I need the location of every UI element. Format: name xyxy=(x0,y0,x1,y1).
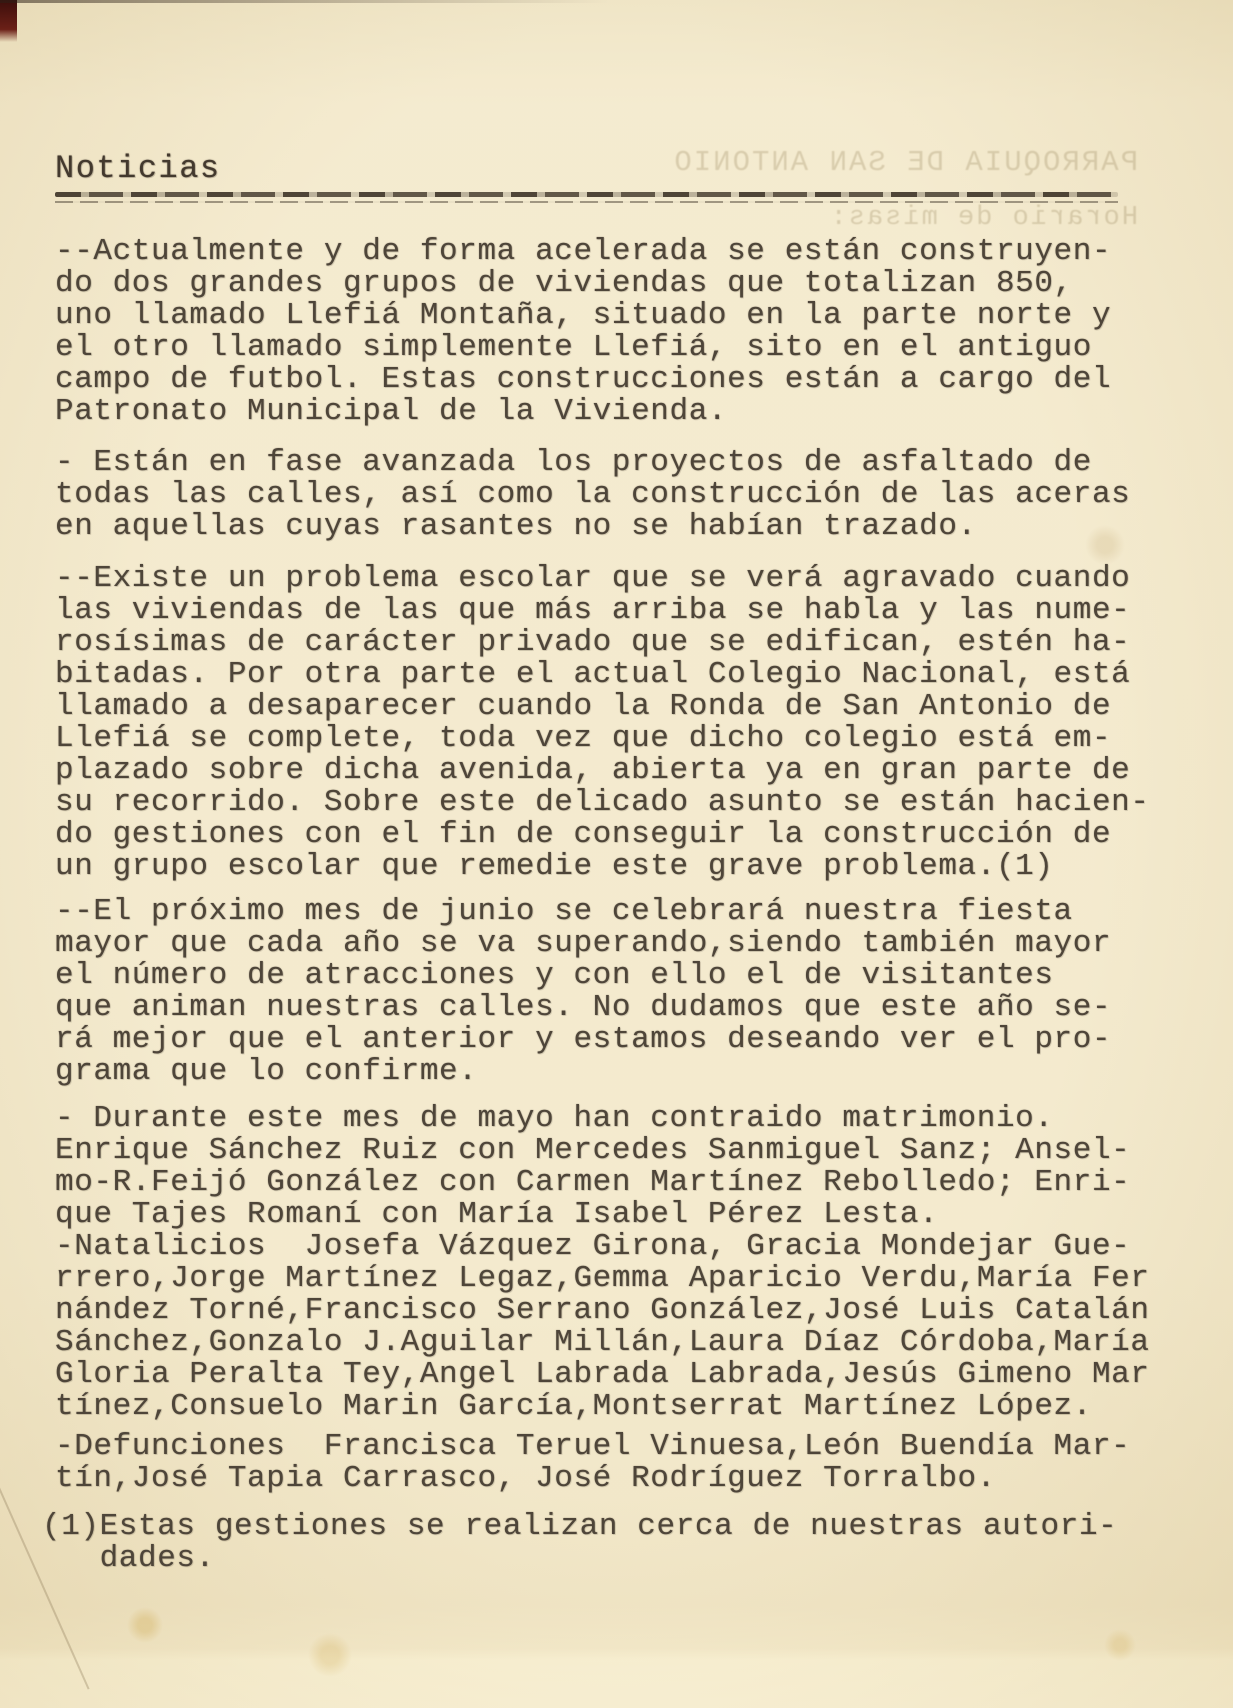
text-line: llamado a desaparecer cuando la Ronda de… xyxy=(55,691,1191,723)
paragraph-footnote: (1)Estas gestiones se realizan cerca de … xyxy=(42,1511,1191,1575)
title-underline-thin xyxy=(55,201,1118,203)
text-line: (1)Estas gestiones se realizan cerca de … xyxy=(42,1511,1191,1543)
text-line: Sánchez,Gonzalo J.Aguilar Millán,Laura D… xyxy=(55,1327,1191,1359)
text-line: do gestiones con el fin de conseguir la … xyxy=(55,819,1191,851)
scanned-page: PARROQUIA DE SAN ANTONIO Horario de misa… xyxy=(0,0,1233,1708)
text-line: grama que lo confirme. xyxy=(55,1056,1191,1088)
text-line: Patronato Municipal de la Vivienda. xyxy=(55,396,1191,428)
text-line: un grupo escolar que remedie este grave … xyxy=(55,851,1191,883)
text-line: tínez,Consuelo Marin García,Montserrat M… xyxy=(55,1391,1191,1423)
text-line: mo-R.Feijó González con Carmen Martínez … xyxy=(55,1167,1191,1199)
text-line: rosísimas de carácter privado que se edi… xyxy=(55,627,1191,659)
text-line: Llefiá se complete, toda vez que dicho c… xyxy=(55,723,1191,755)
text-line: -Defunciones Francisca Teruel Vinuesa,Le… xyxy=(55,1431,1191,1463)
text-line: tín,José Tapia Carrasco, José Rodríguez … xyxy=(55,1463,1191,1495)
text-line: campo de futbol. Estas construcciones es… xyxy=(55,364,1191,396)
text-line: --El próximo mes de junio se celebrará n… xyxy=(55,896,1191,928)
text-line: - Están en fase avanzada los proyectos d… xyxy=(55,447,1191,479)
text-line: rrero,Jorge Martínez Legaz,Gemma Aparici… xyxy=(55,1263,1191,1295)
text-line: rá mejor que el anterior y estamos desea… xyxy=(55,1024,1191,1056)
text-line: plazado sobre dicha avenida, abierta ya … xyxy=(55,755,1191,787)
text-line: do dos grandes grupos de viviendas que t… xyxy=(55,268,1191,300)
text-line: todas las calles, así como la construcci… xyxy=(55,479,1191,511)
text-line: en aquellas cuyas rasantes no se habían … xyxy=(55,511,1191,543)
text-line: las viviendas de las que más arriba se h… xyxy=(55,595,1191,627)
paragraph-asfaltado-calles: - Están en fase avanzada los proyectos d… xyxy=(55,447,1191,543)
text-line: uno llamado Llefiá Montaña, situado en l… xyxy=(55,300,1191,332)
text-line: bitadas. Por otra parte el actual Colegi… xyxy=(55,659,1191,691)
paragraph-construccion-viviendas: --Actualmente y de forma acelerada se es… xyxy=(55,236,1191,428)
paragraph-fiesta-mayor: --El próximo mes de junio se celebrará n… xyxy=(55,896,1191,1088)
text-line: --Existe un problema escolar que se verá… xyxy=(55,563,1191,595)
paragraph-natalicios: -Natalicios Josefa Vázquez Girona, Graci… xyxy=(55,1231,1191,1423)
text-line: Gloria Peralta Tey,Angel Labrada Labrada… xyxy=(55,1359,1191,1391)
paragraph-matrimonios: - Durante este mes de mayo han contraido… xyxy=(55,1103,1191,1231)
text-line: dades. xyxy=(42,1543,1191,1575)
text-line: mayor que cada año se va superando,siend… xyxy=(55,928,1191,960)
text-line: el número de atracciones y con ello el d… xyxy=(55,960,1191,992)
text-line: - Durante este mes de mayo han contraido… xyxy=(55,1103,1191,1135)
paragraph-defunciones: -Defunciones Francisca Teruel Vinuesa,Le… xyxy=(55,1431,1191,1495)
body-text: --Actualmente y de forma acelerada se es… xyxy=(55,236,1191,1575)
text-line: que animan nuestras calles. No dudamos q… xyxy=(55,992,1191,1024)
text-line: nández Torné,Francisco Serrano González,… xyxy=(55,1295,1191,1327)
title-underline-thick xyxy=(55,192,1118,197)
text-line: que Tajes Romaní con María Isabel Pérez … xyxy=(55,1199,1191,1231)
text-line: el otro llamado simplemente Llefiá, sito… xyxy=(55,332,1191,364)
text-line: -Natalicios Josefa Vázquez Girona, Graci… xyxy=(55,1231,1191,1263)
paragraph-problema-escolar: --Existe un problema escolar que se verá… xyxy=(55,563,1191,883)
page-content: Noticias --Actualmente y de forma aceler… xyxy=(0,0,1233,1575)
page-title: Noticias xyxy=(55,150,221,187)
text-line: Enrique Sánchez Ruiz con Mercedes Sanmig… xyxy=(55,1135,1191,1167)
text-line: --Actualmente y de forma acelerada se es… xyxy=(55,236,1191,268)
text-line: su recorrido. Sobre este delicado asunto… xyxy=(55,787,1191,819)
title-underline xyxy=(55,192,1118,203)
